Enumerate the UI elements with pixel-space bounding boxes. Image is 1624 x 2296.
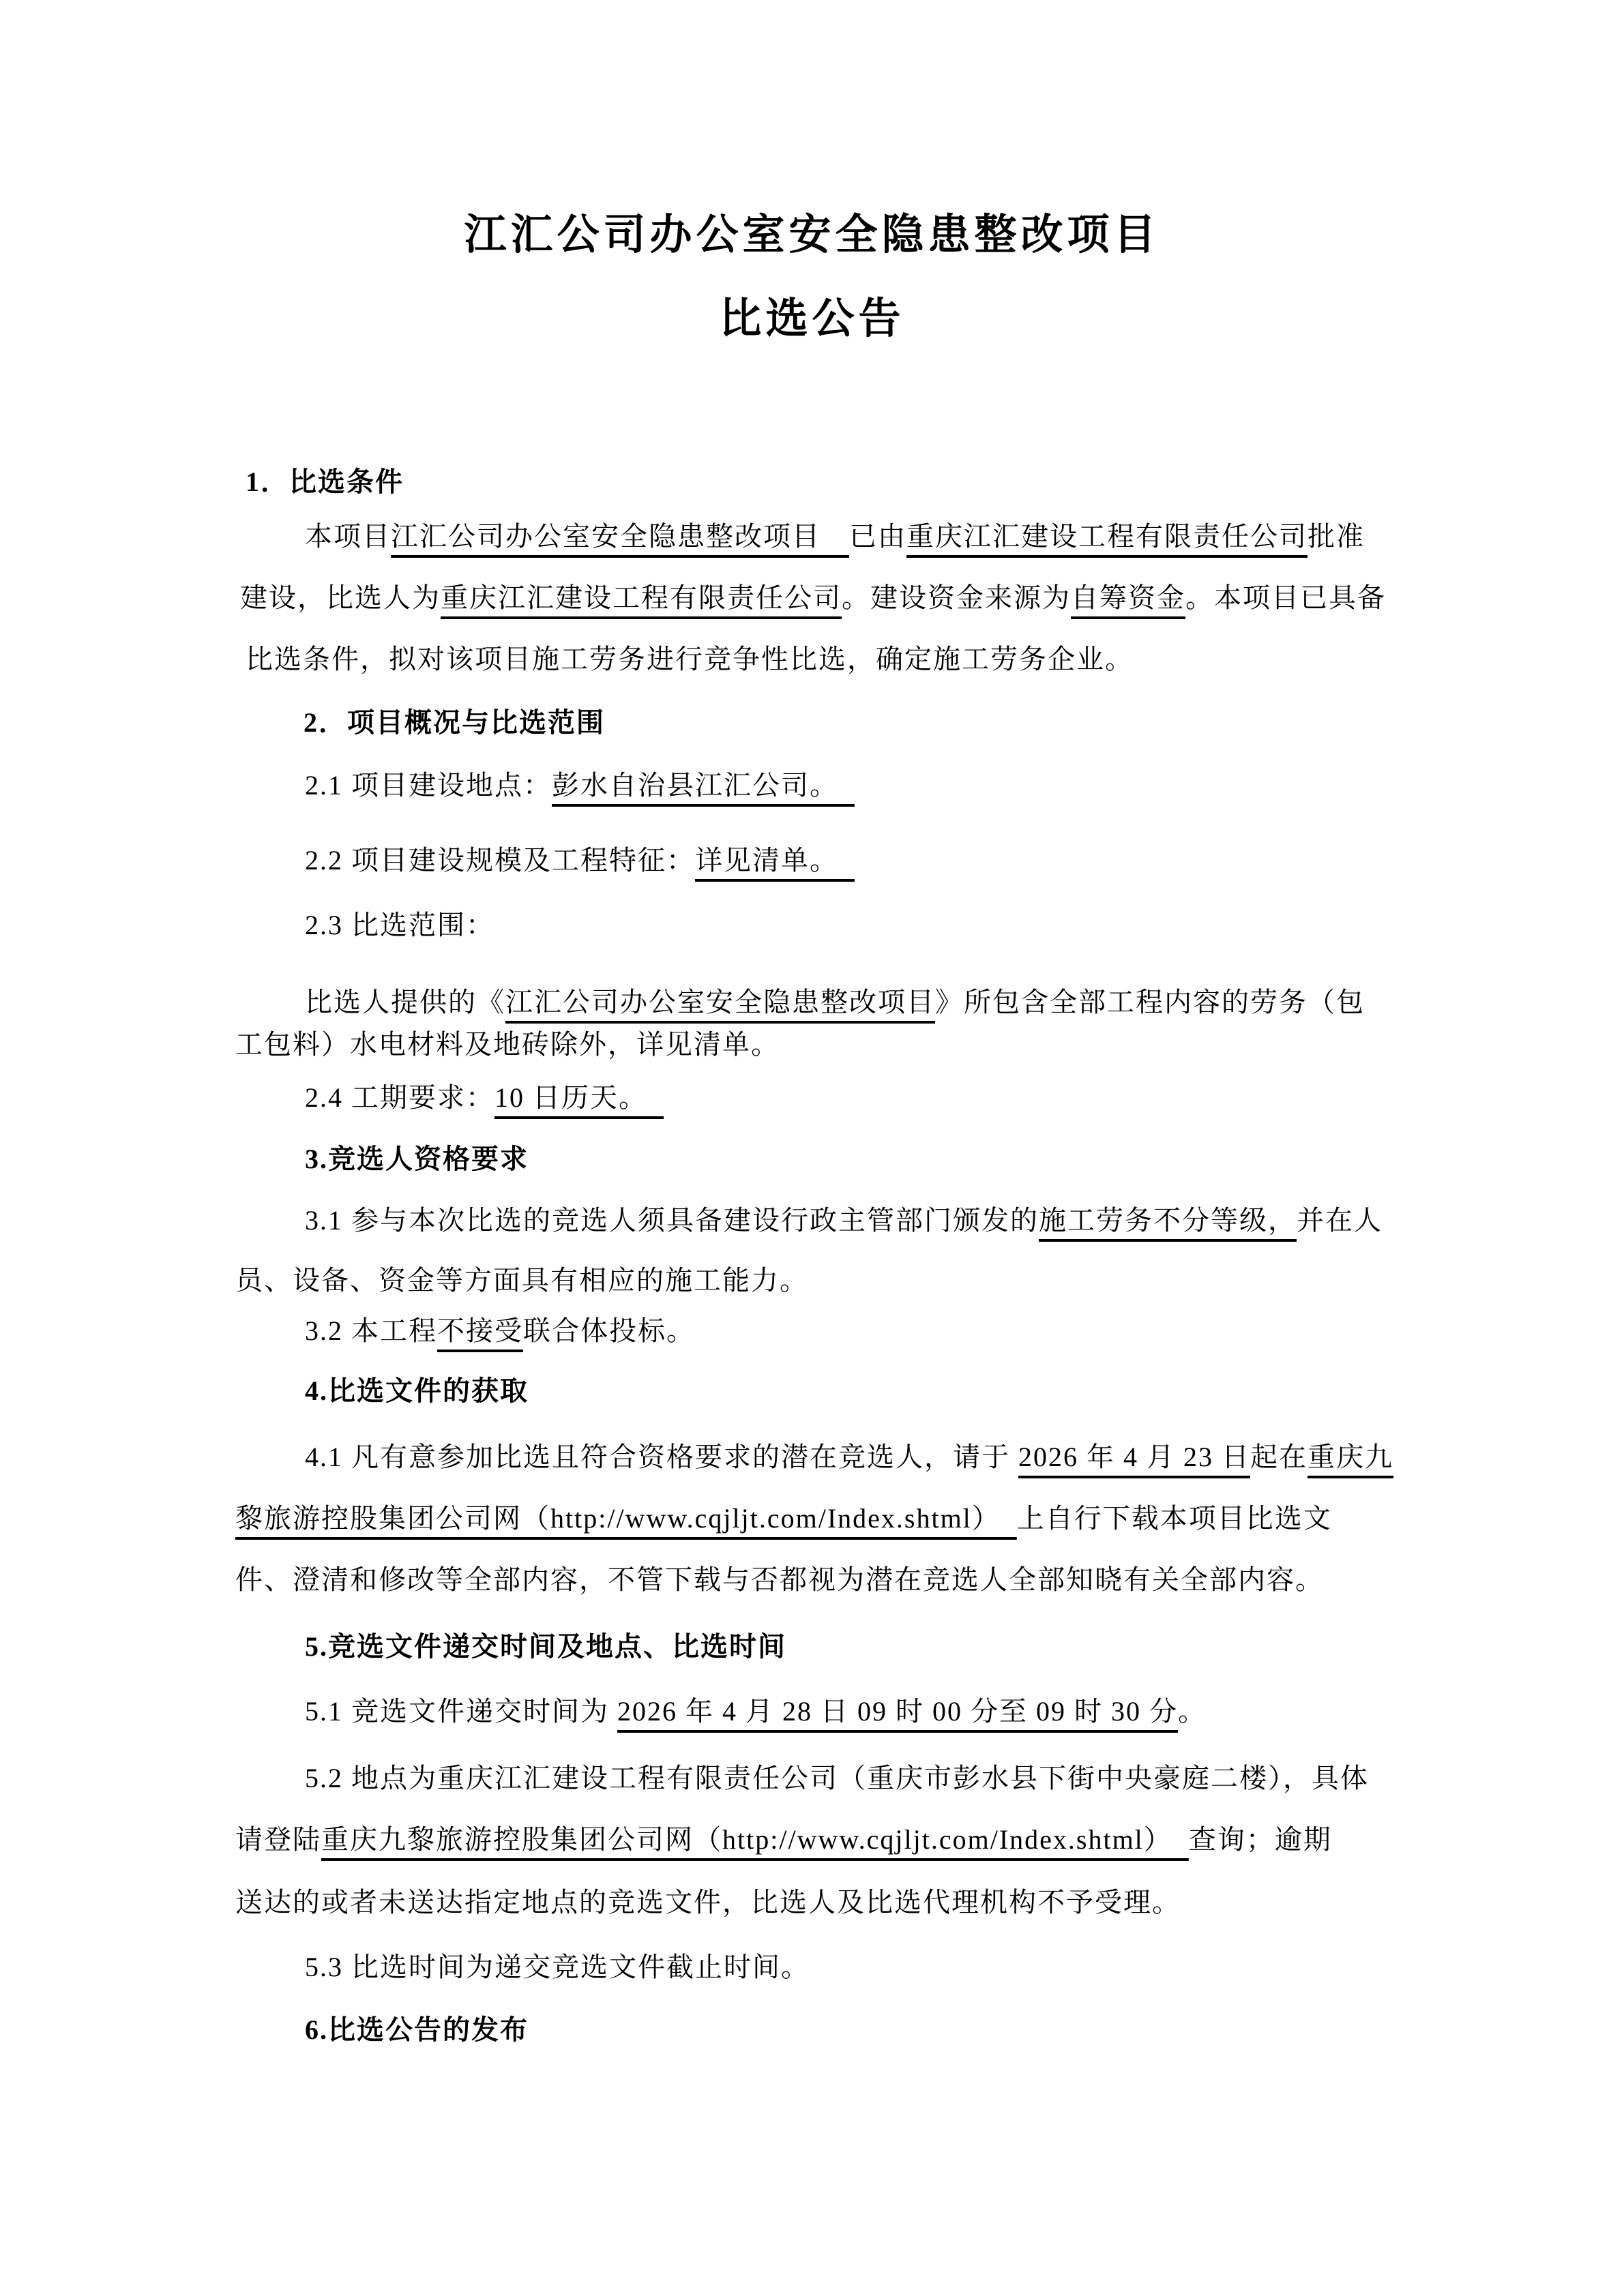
item-4-1-line-1: 4.1 凡有意参加比选且符合资格要求的潜在竞选人，请于 2026 年 4 月 2… xyxy=(305,1438,1393,1476)
underlined-text: 彭水自治县江汇公司。 xyxy=(552,770,855,801)
item-4-1-line-3: 件、澄清和修改等全部内容，不管下载与否都视为潜在竞选人全部知晓有关全部内容。 xyxy=(235,1561,1324,1599)
underlined-text: 10 日历天。 xyxy=(494,1082,664,1113)
section-6-heading: 6.比选公告的发布 xyxy=(305,2011,529,2049)
text-run: 查询；逾期 xyxy=(1189,1824,1332,1855)
text-run: 2.3 比选范围： xyxy=(305,910,494,940)
text-run: 3.竞选人资格要求 xyxy=(305,1144,529,1174)
document-page: 江汇公司办公室安全隐患整改项目比选公告1．比选条件本项目江汇公司办公室安全隐患整… xyxy=(0,0,1624,2296)
section-1-heading: 1．比选条件 xyxy=(246,463,404,501)
item-5-2-line-2: 请登陆重庆九黎旅游控股集团公司网（http://www.cqjljt.com/I… xyxy=(235,1821,1332,1859)
item-2-1: 2.1 项目建设地点：彭水自治县江汇公司。 xyxy=(305,766,855,805)
text-run: 5.竞选文件递交时间及地点、比选时间 xyxy=(305,1631,786,1662)
text-run: 》所包含全部工程内容的劳务（包 xyxy=(935,987,1365,1017)
underlined-text: 施工劳务不分等级， xyxy=(1039,1205,1297,1236)
underlined-text: 2026 年 4 月 23 日 xyxy=(1018,1442,1250,1472)
text-run: 件、澄清和修改等全部内容，不管下载与否都视为潜在竞选人全部知晓有关全部内容。 xyxy=(235,1564,1324,1595)
text-run: 并在人 xyxy=(1297,1205,1383,1236)
item-2-2: 2.2 项目建设规模及工程特征：详见清单。 xyxy=(305,841,855,880)
underlined-text: 重庆九 xyxy=(1308,1442,1393,1472)
section-3-heading: 3.竞选人资格要求 xyxy=(305,1140,529,1178)
para-1-line-1: 本项目江汇公司办公室安全隐患整改项目 已由重庆江汇建设工程有限责任公司批准 xyxy=(305,518,1365,556)
item-5-3: 5.3 比选时间为递交竞选文件截止时间。 xyxy=(305,1948,810,1986)
section-2-heading: 2．项目概况与比选范围 xyxy=(304,704,605,742)
text-run: 请登陆 xyxy=(235,1824,321,1855)
doc-subtitle: 比选公告 xyxy=(0,290,1624,348)
text-run: 比选公告 xyxy=(719,296,904,342)
doc-title: 江汇公司办公室安全隐患整改项目 xyxy=(0,207,1624,264)
item-3-2: 3.2 本工程不接受联合体投标。 xyxy=(305,1312,695,1350)
text-run: 4.1 凡有意参加比选且符合资格要求的潜在竞选人，请于 xyxy=(305,1442,1018,1472)
text-run: 。建设资金来源为 xyxy=(842,582,1071,613)
text-run: 5.1 竞选文件递交时间为 xyxy=(305,1696,617,1727)
underlined-text: 详见清单。 xyxy=(695,845,855,876)
text-run: 4.比选文件的获取 xyxy=(305,1375,529,1406)
text-run: 批准 xyxy=(1308,521,1365,552)
text-run: 建设，比选人为 xyxy=(240,582,441,613)
section-4-heading: 4.比选文件的获取 xyxy=(305,1372,529,1410)
text-run: 2.4 工期要求： xyxy=(305,1082,494,1113)
item-5-1: 5.1 竞选文件递交时间为 2026 年 4 月 28 日 09 时 00 分至… xyxy=(305,1693,1207,1731)
underlined-text: 江汇公司办公室安全隐患整改项目 xyxy=(391,521,849,552)
text-run: 3.1 参与本次比选的竞选人须具备建设行政主管部门颁发的 xyxy=(305,1205,1039,1236)
underlined-text: 黎旅游控股集团公司网（http://www.cqjljt.com/Index.s… xyxy=(235,1503,1017,1534)
underlined-text: 重庆九黎旅游控股集团公司网（http://www.cqjljt.com/Inde… xyxy=(321,1824,1189,1855)
underlined-text: 江汇公司办公室安全隐患整改项目 xyxy=(505,987,935,1017)
underlined-text: 重庆江汇建设工程有限责任公司 xyxy=(906,521,1308,552)
text-run: 6.比选公告的发布 xyxy=(305,2014,529,2045)
text-run: 2．项目概况与比选范围 xyxy=(304,707,605,738)
item-2-4: 2.4 工期要求：10 日历天。 xyxy=(305,1079,664,1117)
text-run: 送达的或者未送达指定地点的竞选文件，比选人及比选代理机构不予受理。 xyxy=(235,1887,1181,1918)
item-2-3-body-line-2: 工包料）水电材料及地砖除外，详见清单。 xyxy=(235,1026,780,1064)
para-1-line-3: 比选条件，拟对该项目施工劳务进行竞争性比选，确定施工劳务企业。 xyxy=(246,640,1134,679)
text-run: 。本项目已具备 xyxy=(1185,582,1386,613)
underlined-text: 不接受 xyxy=(437,1315,523,1346)
text-run: 江汇公司办公室安全隐患整改项目 xyxy=(464,212,1160,258)
text-run: 1．比选条件 xyxy=(246,466,404,497)
underlined-text: 2026 年 4 月 28 日 09 时 00 分至 09 时 30 分 xyxy=(617,1696,1178,1727)
text-run: 5.3 比选时间为递交竞选文件截止时间。 xyxy=(305,1952,810,1982)
item-5-2-line-3: 送达的或者未送达指定地点的竞选文件，比选人及比选代理机构不予受理。 xyxy=(235,1883,1181,1922)
item-2-3: 2.3 比选范围： xyxy=(305,906,494,944)
underlined-text: 自筹资金 xyxy=(1071,582,1185,613)
item-5-2-line-1: 5.2 地点为重庆江汇建设工程有限责任公司（重庆市彭水县下街中央豪庭二楼），具体 xyxy=(305,1759,1369,1798)
item-3-1-line-2: 员、设备、资金等方面具有相应的施工能力。 xyxy=(235,1262,808,1300)
text-run: 。 xyxy=(1178,1696,1207,1727)
text-run: 上自行下载本项目比选文 xyxy=(1017,1503,1332,1534)
text-run: 本项目 xyxy=(305,521,391,552)
text-run: 比选条件，拟对该项目施工劳务进行竞争性比选，确定施工劳务企业。 xyxy=(246,644,1134,674)
text-run: 5.2 地点为重庆江汇建设工程有限责任公司（重庆市彭水县下街中央豪庭二楼），具体 xyxy=(305,1763,1369,1793)
text-run: 起在 xyxy=(1250,1442,1308,1472)
text-run: 比选人提供的《 xyxy=(305,987,505,1017)
para-1-line-2: 建设，比选人为重庆江汇建设工程有限责任公司。建设资金来源为自筹资金。本项目已具备 xyxy=(240,579,1386,617)
text-run: 联合体投标。 xyxy=(523,1315,695,1346)
text-run: 工包料）水电材料及地砖除外，详见清单。 xyxy=(235,1029,780,1060)
text-run: 3.2 本工程 xyxy=(305,1315,437,1346)
section-5-heading: 5.竞选文件递交时间及地点、比选时间 xyxy=(305,1628,786,1666)
text-run: 2.2 项目建设规模及工程特征： xyxy=(305,845,695,876)
underlined-text: 重庆江汇建设工程有限责任公司 xyxy=(441,582,842,613)
text-run: 2.1 项目建设地点： xyxy=(305,770,552,801)
item-2-3-body-line-1: 比选人提供的《江汇公司办公室安全隐患整改项目》所包含全部工程内容的劳务（包 xyxy=(305,983,1365,1022)
text-run: 员、设备、资金等方面具有相应的施工能力。 xyxy=(235,1265,808,1296)
item-4-1-line-2: 黎旅游控股集团公司网（http://www.cqjljt.com/Index.s… xyxy=(235,1500,1332,1538)
text-run: 已由 xyxy=(849,521,906,552)
item-3-1-line-1: 3.1 参与本次比选的竞选人须具备建设行政主管部门颁发的施工劳务不分等级，并在人 xyxy=(305,1202,1383,1240)
